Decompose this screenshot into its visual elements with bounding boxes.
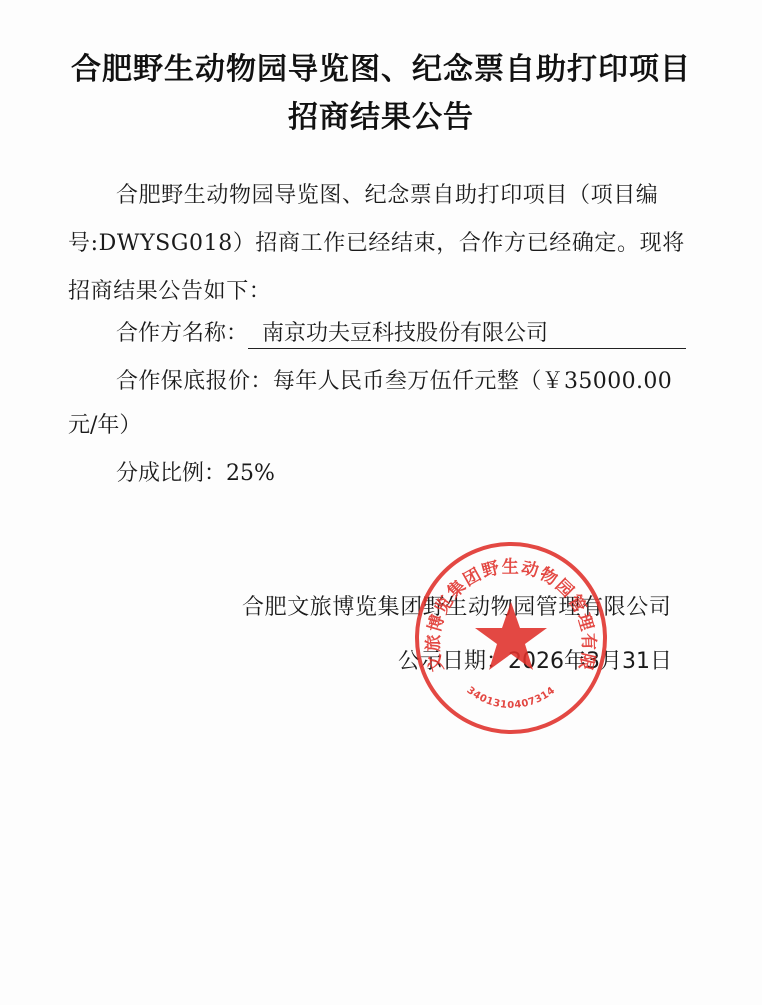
share-label: 分成比例： bbox=[116, 461, 226, 486]
share-value: 25% bbox=[226, 461, 275, 486]
document-page: 合肥野生动物园导览图、纪念票自助打印项目 招商结果公告 合肥野生动物园导览图、纪… bbox=[0, 0, 762, 1005]
price-label: 合作保底报价： bbox=[116, 369, 273, 394]
intro-paragraph: 合肥野生动物园导览图、纪念票自助打印项目（项目编号:DWYSG018）招商工作已… bbox=[68, 172, 698, 316]
stamp-code: 3401310407314 bbox=[464, 685, 557, 711]
price-value: 每年人民币叁万伍仟元整（￥35000.00 bbox=[273, 369, 672, 394]
price-row: 合作保底报价：每年人民币叁万伍仟元整（￥35000.00 bbox=[116, 364, 672, 395]
document-title-line1: 合肥野生动物园导览图、纪念票自助打印项目 bbox=[0, 44, 762, 88]
share-row: 分成比例：25% bbox=[116, 456, 275, 487]
partner-label: 合作方名称： bbox=[116, 321, 248, 346]
price-row-continued: 元/年） bbox=[68, 408, 141, 439]
partner-row: 合作方名称：南京功夫豆科技股份有限公司 bbox=[116, 316, 686, 349]
document-title-line2: 招商结果公告 bbox=[0, 92, 762, 136]
official-seal-icon: 合肥文旅博览集团野生动物园管理有限公司 3401310407314 bbox=[413, 540, 609, 736]
svg-text:3401310407314: 3401310407314 bbox=[464, 685, 557, 711]
partner-name: 南京功夫豆科技股份有限公司 bbox=[248, 320, 686, 349]
